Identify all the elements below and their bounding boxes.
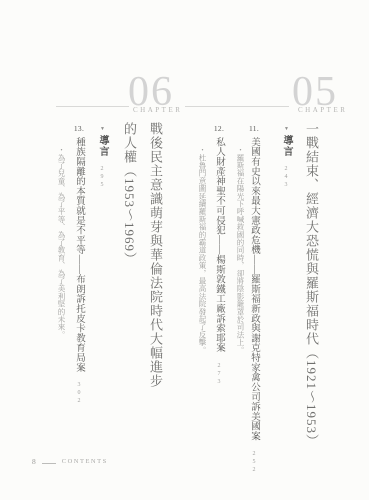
chapter-5-rule [185, 106, 289, 107]
chapter-6-label: CHAPTER [133, 106, 182, 114]
chapter-6-intro: ▼導言295 [93, 127, 111, 190]
triangle-down-icon: ▼ [100, 127, 105, 132]
chapter-5-label: CHAPTER [298, 106, 347, 114]
entry-title: 美國有史以來最大憲政危機——羅斯福新政與謝克特家禽公司訴美國案 [249, 137, 259, 441]
intro-page-number: 243 [283, 166, 289, 190]
entry-title: 種族隔離的本質就是不平等——布朗訴托皮卡教育局案 [74, 137, 84, 372]
entry-page-number: 273 [216, 363, 222, 387]
toc-entry-12: 12.私人財產神聖不可侵犯——楊斯敦鐵工廠訴索耶案273 [212, 124, 226, 387]
footer-page-number: 8 [32, 457, 36, 466]
page-footer: 8 CONTENTS [32, 457, 108, 466]
toc-entry-11-note: ・羅斯福在陽光下呼喊救國的同時，卻將陰影籠罩於司法上。 [235, 146, 246, 354]
entry-page-number: 302 [76, 382, 82, 406]
footer-divider [42, 463, 56, 464]
entry-number: 13. [74, 124, 84, 133]
toc-page: 06 CHAPTER 05 CHAPTER 一戰結束、經濟大恐慌與羅斯福時代（1… [0, 0, 369, 500]
intro-label: 導言 [97, 135, 108, 157]
chapter-6-title-line-2: 的人權（1953～1969） [120, 122, 139, 266]
entry-title: 私人財產神聖不可侵犯——楊斯敦鐵工廠訴索耶案 [214, 137, 224, 353]
footer-contents-label: CONTENTS [62, 458, 108, 465]
chapter-5-intro: ▼導言243 [277, 127, 295, 190]
chapter-6-title-line-1: 戰後民主意識萌芽與華倫法院時代大幅進步 [146, 122, 165, 388]
entry-number: 11. [249, 124, 259, 133]
toc-entry-13-note: ・為了兒童、為了平等、為了教育、為了美利堅的未來。 [56, 146, 67, 339]
chapter-6-rule [56, 106, 129, 107]
toc-entry-13: 13.種族隔離的本質就是不平等——布朗訴托皮卡教育局案302 [72, 124, 86, 406]
intro-label: 導言 [281, 135, 292, 157]
entry-number: 12. [214, 124, 224, 133]
chapter-5-number: 05 [292, 74, 338, 110]
entry-page-number: 252 [251, 451, 257, 475]
toc-entry-11: 11.美國有史以來最大憲政危機——羅斯福新政與謝克特家禽公司訴美國案252 [247, 124, 261, 475]
triangle-down-icon: ▼ [284, 127, 289, 132]
chapter-6-number: 06 [128, 74, 174, 110]
toc-entry-12-note: ・杜魯門意圖延續羅斯福的霸道政策，最高法院發起了反擊。 [197, 146, 208, 354]
chapter-5-title: 一戰結束、經濟大恐慌與羅斯福時代（1921～1953） [302, 122, 321, 448]
intro-page-number: 295 [99, 166, 105, 190]
